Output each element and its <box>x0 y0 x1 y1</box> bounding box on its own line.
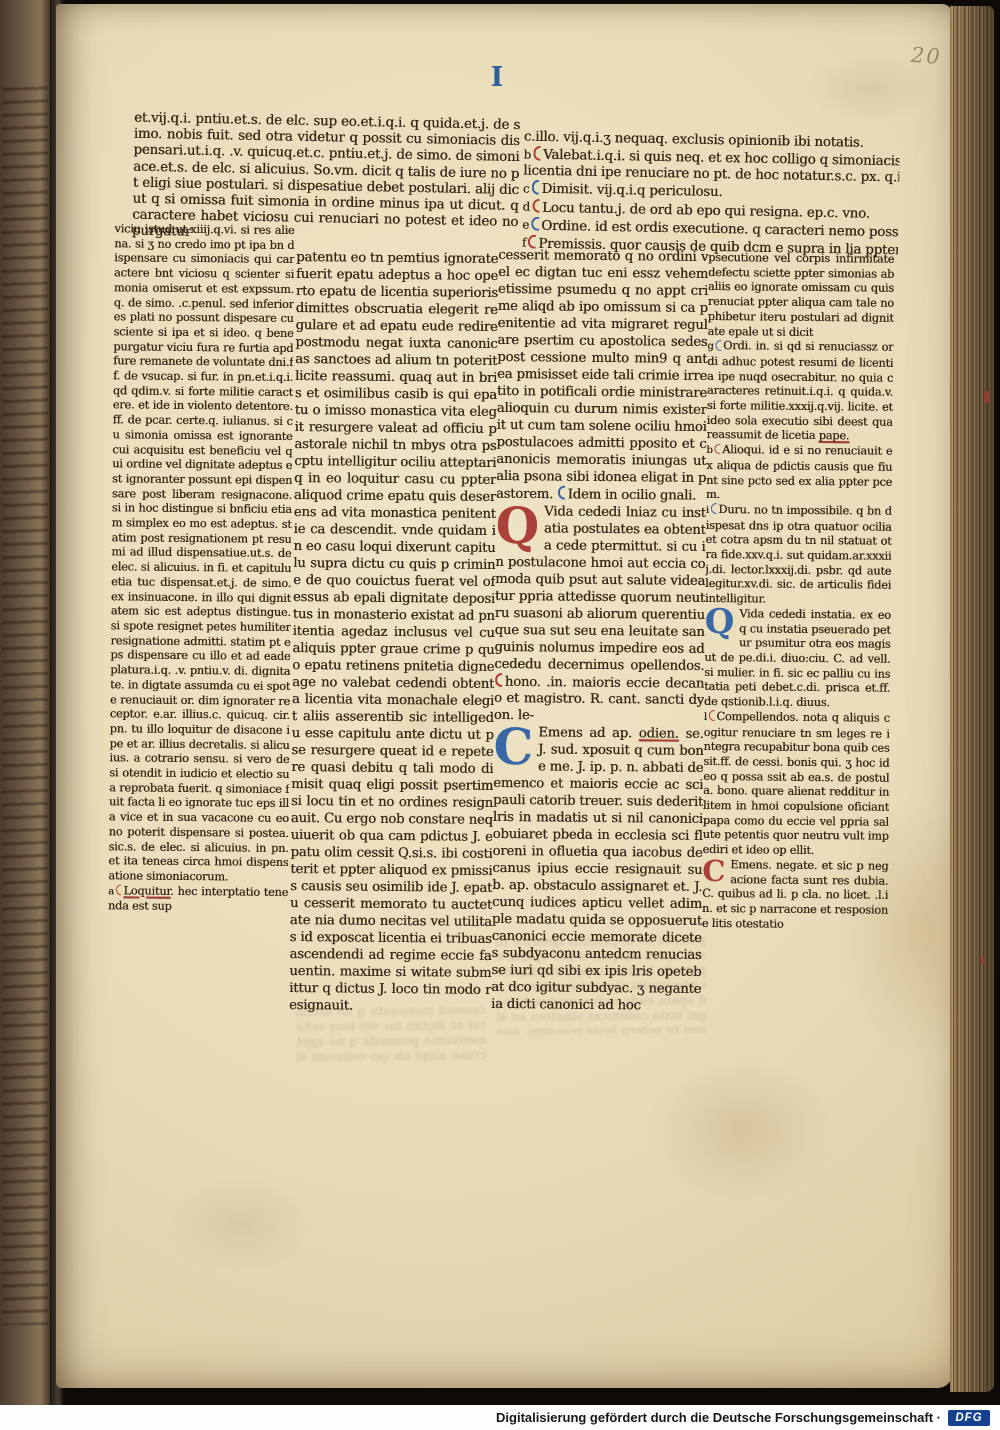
text-paragraph: patentu eo tn pemtius ignorate fuerit ep… <box>289 249 498 1016</box>
gloss-letter: a <box>108 886 114 897</box>
paragraph-mark <box>495 673 503 687</box>
lombard-initial: C <box>493 726 533 767</box>
dfg-logo: DFG <box>948 1410 990 1426</box>
text-paragraph: cesserit memorato q no ordini vel ec dig… <box>496 247 708 505</box>
top-right-block: c.illo. vij.q.i.ʒ nequaq. exclusis opini… <box>522 130 900 260</box>
text-paragraph: QVida cededi instatia. ex eo q cu instat… <box>704 607 891 712</box>
red-fleck <box>980 956 984 965</box>
text-paragraph: QVida cededi lniaz cu instatia postulate… <box>494 503 706 727</box>
manuscript-page: patentu eo tn pemtius ignorate fuerit ep… <box>56 4 952 1388</box>
caption-text: Digitalisierung gefördert durch die Deut… <box>496 1410 941 1425</box>
column-4: psecutione vel corpis infirmitate defect… <box>702 251 895 933</box>
rubricated-word: Loquitur <box>123 884 170 897</box>
column-2: patentu eo tn pemtius ignorate fuerit ep… <box>289 249 498 1016</box>
gloss-letter: i <box>706 505 709 516</box>
text-paragraph: lCompellendos. nota q aliquis cogitur re… <box>702 710 889 860</box>
text-paragraph: bAlioqui. id e si no renuciauit ex aliqu… <box>706 443 893 505</box>
text-paragraph: aLoquitur. hec interptatio tenenda est s… <box>108 884 288 916</box>
gloss-letter: e <box>522 218 529 232</box>
text-paragraph: gOrdi. in. si qd si renuciassz ordi adhu… <box>706 339 893 445</box>
fore-edge <box>950 6 994 1392</box>
text-paragraph: viciu istud.ut.xiiij.q.vi. si res aliena… <box>108 222 294 885</box>
paragraph-mark <box>533 146 541 161</box>
red-fleck <box>984 391 989 403</box>
lombard-initial: Q <box>495 505 539 546</box>
paragraph-mark <box>715 340 721 351</box>
paragraph-mark <box>531 216 539 231</box>
paragraph-mark <box>116 884 122 895</box>
gloss-letter: b <box>523 148 531 162</box>
column-3: cesserit memorato q no ordini vel ec dig… <box>491 247 708 1015</box>
paragraph-mark <box>711 503 717 514</box>
text-paragraph: psecutione vel corpis infirmitate defect… <box>707 251 894 341</box>
rubricated-word: odien. <box>639 727 679 742</box>
gloss-letter: g <box>707 341 713 352</box>
paragraph-mark <box>532 198 540 213</box>
facing-page-showthrough <box>2 85 48 1325</box>
gloss-letter: l <box>704 712 707 723</box>
lombard-initial: C <box>702 860 725 884</box>
scan-viewport: patentu eo tn pemtius ignorate fuerit ep… <box>0 0 1000 1430</box>
text-paragraph: iDuru. no tn impossibile. q bn dispesat … <box>705 503 892 609</box>
column-1: viciu istud.ut.xiiij.q.vi. si res aliena… <box>108 222 295 916</box>
paragraph-mark <box>558 486 566 500</box>
paragraph-mark <box>531 180 539 195</box>
rubricated-word: pape. <box>819 429 850 442</box>
caption-bar: Digitalisierung gefördert durch die Deut… <box>0 1405 1000 1430</box>
text-paragraph: CEmens ad ap. odien. se. J. sud. xposuit… <box>491 724 704 1015</box>
text-paragraph: CEmens. negate. et sic p negacione facta… <box>702 858 889 933</box>
gloss-letter: b <box>706 445 712 456</box>
paragraph-mark <box>709 710 715 721</box>
lombard-initial: Q <box>705 609 735 637</box>
gloss-letter: c <box>523 182 530 196</box>
gloss-letter: d <box>522 200 530 214</box>
paragraph-mark <box>714 444 720 455</box>
text-layer: et.vij.q.i. pntiu.et.s. de elc. sup eo.e… <box>49 0 958 1392</box>
